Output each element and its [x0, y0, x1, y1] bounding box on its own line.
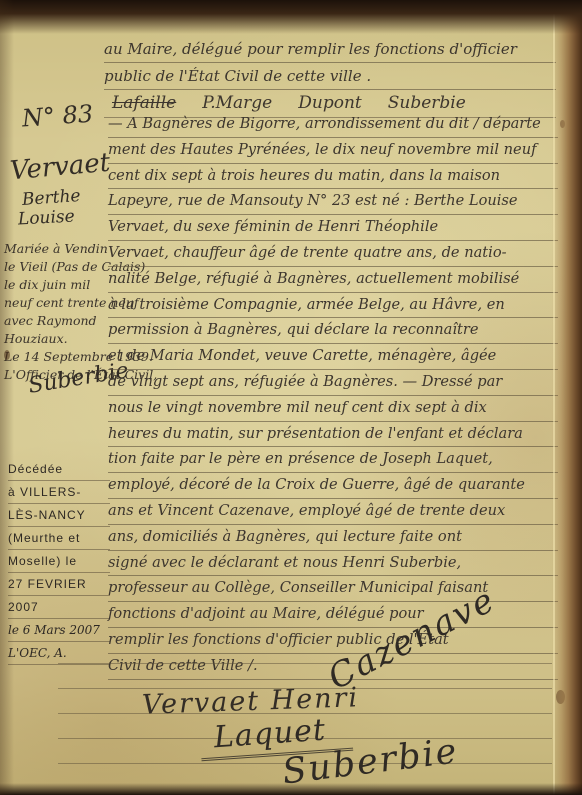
- act-line: Vervaet, chauffeur âgé de trente quatre …: [108, 241, 558, 267]
- death-note-line: LÈS-NANCY: [8, 504, 110, 527]
- act-line: tion faite par le père en présence de Jo…: [108, 447, 558, 473]
- act-line: ment des Hautes Pyrénées, le dix neuf no…: [108, 138, 558, 164]
- act-line: permission à Bagnères, qui déclare la re…: [108, 318, 558, 344]
- death-note-line: Décédée: [8, 458, 110, 481]
- act-line: remplir les fonctions d'officier public …: [108, 628, 558, 654]
- act-line: et de Maria Mondet, veuve Carette, ménag…: [108, 344, 558, 370]
- act-line: à la troisième Compagnie, armée Belge, a…: [108, 293, 558, 319]
- marriage-note-line: avec Raymond: [4, 312, 112, 330]
- photo-top-edge: [0, 0, 582, 34]
- death-note-line: 27 FEVRIER: [8, 573, 110, 596]
- previous-act-line: public de l'État Civil de cette ville .: [104, 63, 556, 90]
- act-line: de vingt sept ans, réfugiée à Bagnères. …: [108, 370, 558, 396]
- marriage-note-line: Houziaux.: [4, 330, 112, 348]
- act-line: ans, domiciliés à Bagnères, qui lecture …: [108, 525, 558, 551]
- marriage-note-line: neuf cent trente neuf: [4, 294, 112, 312]
- marriage-note-line: le Vieil (Pas de Calais): [4, 258, 112, 276]
- death-note-line: L'OEC, A.: [8, 642, 110, 665]
- marriage-note-line: le dix juin mil: [4, 276, 112, 294]
- photo-bottom-edge: [0, 783, 582, 795]
- death-note-line: à VILLERS-: [8, 481, 110, 504]
- photo-left-edge: [0, 0, 14, 795]
- death-note-line: Moselle) le: [8, 550, 110, 573]
- act-number: N° 83: [21, 100, 94, 133]
- ruled-line: [58, 663, 552, 664]
- previous-act-ending: au Maire, délégué pour remplir les fonct…: [104, 36, 556, 118]
- book-gutter: [552, 0, 582, 795]
- register-page-photo: au Maire, délégué pour remplir les fonct…: [0, 0, 582, 795]
- death-note-line: (Meurthe et: [8, 527, 110, 550]
- death-note-line: le 6 Mars 2007: [8, 619, 110, 642]
- act-line: employé, décoré de la Croix de Guerre, â…: [108, 473, 558, 499]
- act-line: Vervaet, du sexe féminin de Henri Théoph…: [108, 215, 558, 241]
- death-margin-note: Décédée à VILLERS- LÈS-NANCY (Meurthe et…: [8, 458, 110, 665]
- previous-act-line: au Maire, délégué pour remplir les fonct…: [104, 36, 556, 63]
- act-line: ans et Vincent Cazenave, employé âgé de …: [108, 499, 558, 525]
- act-line: nalité Belge, réfugié à Bagnères, actuel…: [108, 267, 558, 293]
- act-line: Lapeyre, rue de Mansouty N° 23 est né : …: [108, 189, 558, 215]
- act-line: nous le vingt novembre mil neuf cent dix…: [108, 396, 558, 422]
- act-line: heures du matin, sur présentation de l'e…: [108, 422, 558, 448]
- marriage-note-line: Mariée à Vendin: [4, 240, 112, 258]
- act-line: signé avec le déclarant et nous Henri Su…: [108, 551, 558, 577]
- act-line: cent dix sept à trois heures du matin, d…: [108, 164, 558, 190]
- act-line: — A Bagnères de Bigorre, arrondissement …: [108, 112, 558, 138]
- death-note-line: 2007: [8, 596, 110, 619]
- page-edge-highlight: [553, 0, 555, 795]
- margin-given-name-2: Louise: [18, 207, 76, 230]
